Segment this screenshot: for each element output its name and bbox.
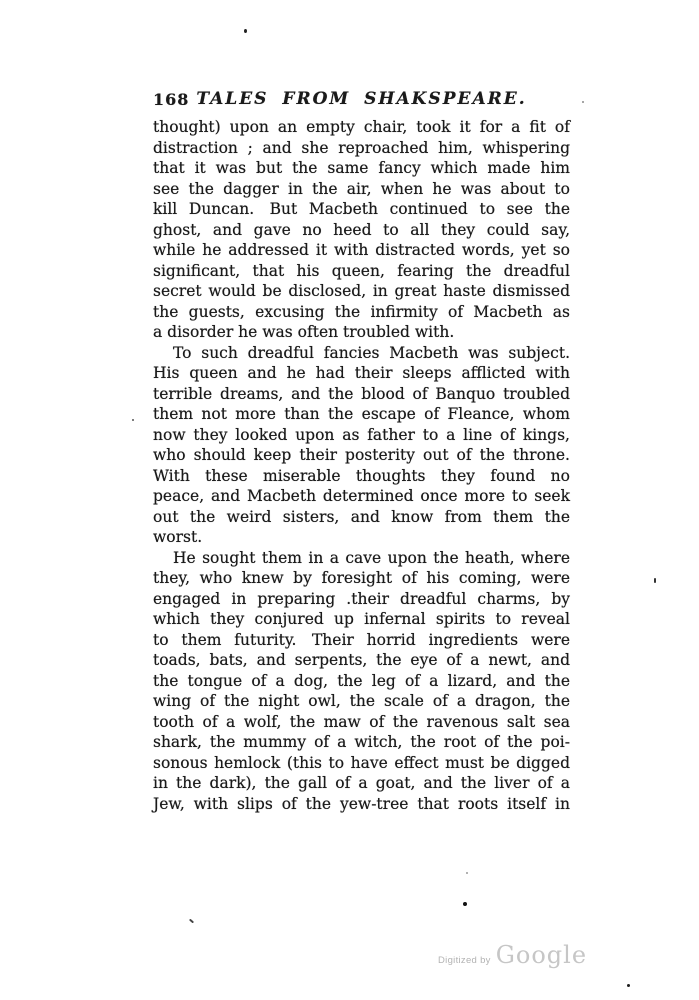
text-line: terrible dreams, and the blood of Banquo… [153,384,570,405]
text-line: while he addressed it with distracted wo… [153,240,570,261]
text-line: tooth of a wolf, the maw of the ravenous… [153,712,570,733]
text-line: engaged in preparing .their dreadful cha… [153,589,570,610]
text-line: now they looked upon as father to a line… [153,425,570,446]
ink-speck [463,902,467,906]
text-line: the tongue of a dog, the leg of a lizard… [153,671,570,692]
text-line: to them futurity. Their horrid ingredien… [153,630,570,651]
text-line: which they conjured up infernal spirits … [153,609,570,630]
running-title: TALES FROM SHAKSPEARE. [153,89,570,109]
ink-speck [654,578,656,583]
text-line: shark, the mummy of a witch, the root of… [153,732,570,753]
text-line: To such dreadful fancies Macbeth was sub… [153,343,570,364]
text-line: Jew, with slips of the yew-tree that roo… [153,794,570,815]
text-line: kill Duncan. But Macbeth continued to se… [153,199,570,220]
ink-speck [189,919,194,924]
text-line: ghost, and gave no heed to all they coul… [153,220,570,241]
text-line: a disorder he was often troubled with. [153,322,570,343]
text-line: sonous hemlock (this to have effect must… [153,753,570,774]
google-logo: Google [496,941,587,969]
ink-speck [244,29,247,33]
ink-speck [627,984,630,987]
watermark-prefix-label: Digitized by [438,955,491,966]
text-line: peace, and Macbeth determined once more … [153,486,570,507]
text-line: secret would be disclosed, in great hast… [153,281,570,302]
body-text: thought) upon an empty chair, took it fo… [153,117,570,814]
text-line: they, who knew by foresight of his comin… [153,568,570,589]
text-line: toads, bats, and serpents, the eye of a … [153,650,570,671]
text-line: who should keep their posterity out of t… [153,445,570,466]
ink-speck [582,101,584,103]
text-line: out the weird sisters, and know from the… [153,507,570,528]
text-line: thought) upon an empty chair, took it fo… [153,117,570,138]
text-line: distraction ; and she reproached him, wh… [153,138,570,159]
text-line: His queen and he had their sleeps afflic… [153,363,570,384]
text-line: significant, that his queen, fearing the… [153,261,570,282]
text-line: the guests, excusing the infirmity of Ma… [153,302,570,323]
text-line: wing of the night owl, the scale of a dr… [153,691,570,712]
ink-speck [132,419,134,421]
text-line: He sought them in a cave upon the heath,… [153,548,570,569]
text-line: worst. [153,527,570,548]
text-line: them not more than the escape of Fleance… [153,404,570,425]
text-line: that it was but the same fancy which mad… [153,158,570,179]
page-number: 168 [153,90,189,109]
text-line: With these miserable thoughts they found… [153,466,570,487]
scanned-book-page: 168 TALES FROM SHAKSPEARE. thought) upon… [0,0,699,1000]
running-head: 168 TALES FROM SHAKSPEARE. [153,89,570,111]
digitized-by-google-watermark: Digitized by Google [438,941,587,969]
text-line: in the dark), the gall of a goat, and th… [153,773,570,794]
ink-speck [466,872,468,874]
text-line: see the dagger in the air, when he was a… [153,179,570,200]
